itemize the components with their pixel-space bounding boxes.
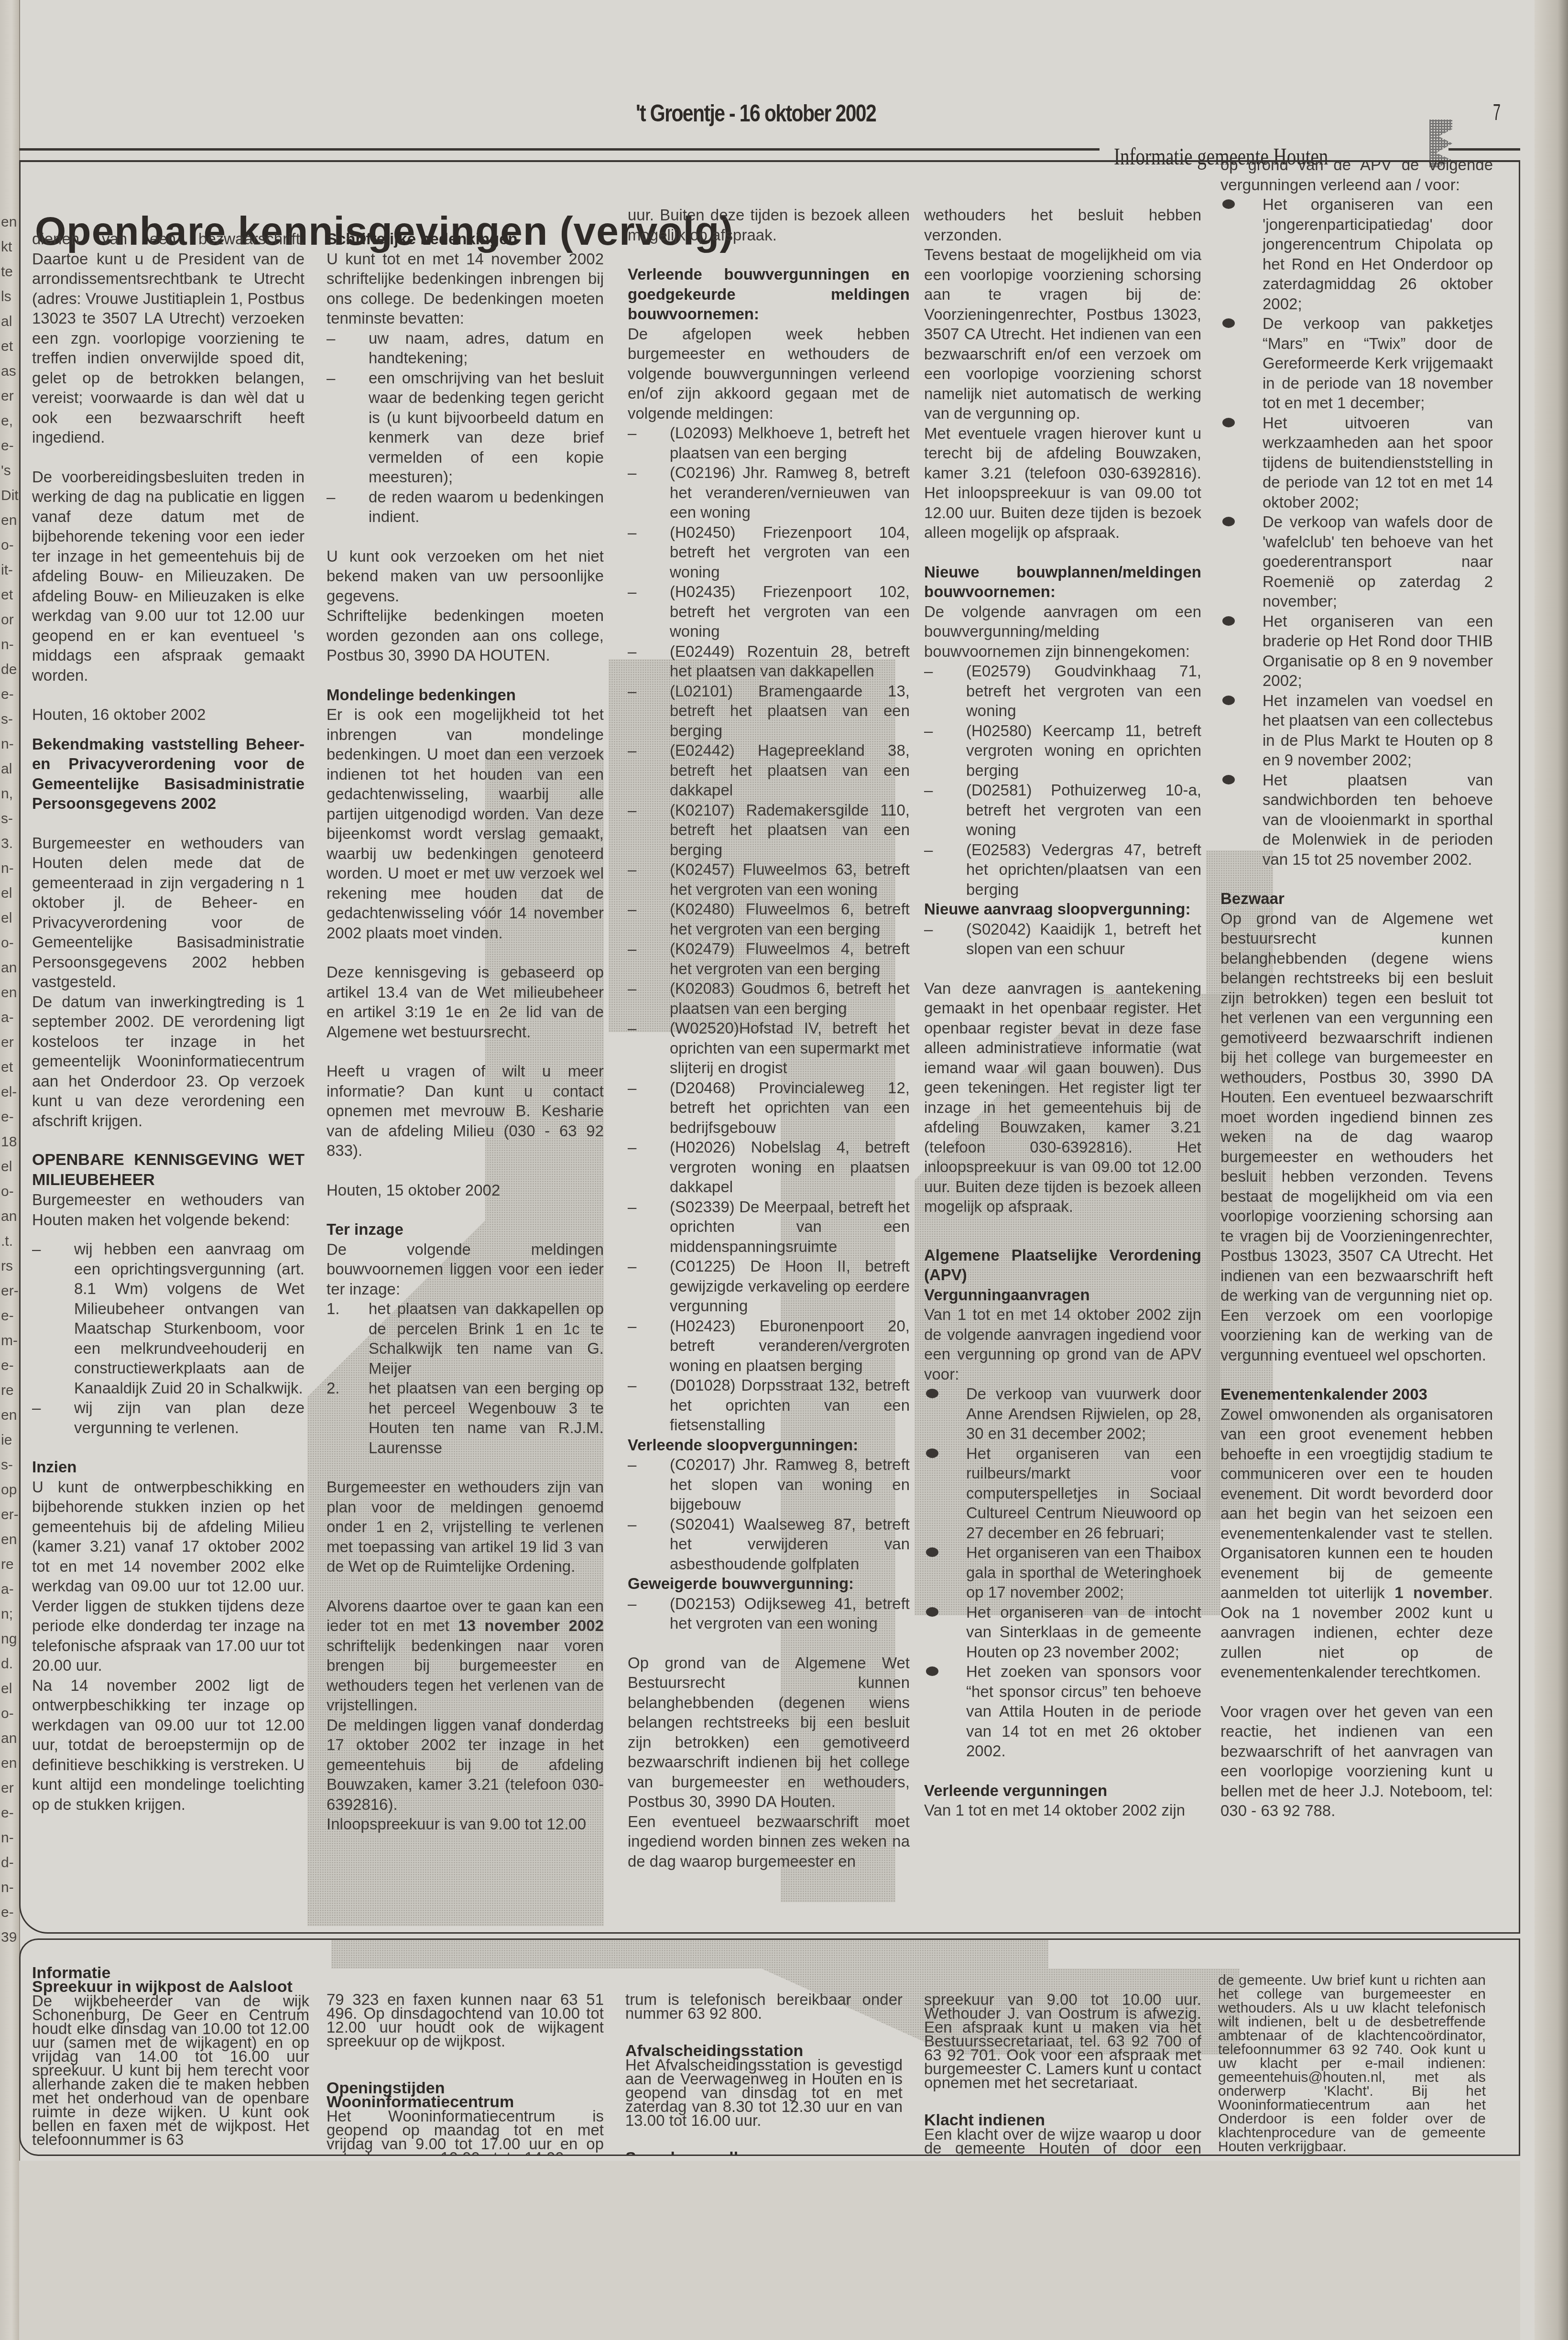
section-subheading: Vergunningaanvragen [924,1285,1201,1305]
paragraph: Schriftelijke bedenkingen moeten worden … [327,606,604,665]
deadline-date: 13 november 2002 [458,1617,604,1634]
previous-page-edge: enkttelsaletasere,e-'sDiteno-it-etorn-de… [0,0,20,2340]
gutter-text-fragment: e- [1,1309,14,1323]
watermark-logo [331,1940,1048,1969]
paragraph: Inloopspreekuur is van 9.00 tot 12.00 [327,1814,604,1834]
gutter-text-fragment: 18 [1,1135,17,1149]
paragraph: Heeft u vragen of wilt u meer informatie… [327,1061,604,1161]
permit-item: (H02026) Nobelslag 4, betreft vergroten … [628,1137,910,1197]
gutter-text-fragment: rs [1,1259,13,1273]
gutter-text-fragment: el [1,911,12,925]
gutter-text-fragment: an [1,1209,17,1224]
gutter-text-fragment: e- [1,439,14,453]
list-item: Het organiseren van een ruilbeurs/markt … [924,1444,1201,1543]
list-item: Het inzamelen van voedsel en het plaatse… [1220,691,1493,770]
section-heading: Nieuwe aanvraag sloopvergunning: [924,899,1201,919]
gutter-text-fragment: 39 [1,1930,17,1945]
permit-item: (E02579) Goudvinkhaag 71, betreft het ve… [924,661,1201,721]
gutter-text-fragment: 3. [1,837,13,851]
gutter-text-fragment: en [1,215,17,229]
paragraph: De volgende aanvragen om een bouwvergunn… [924,602,1201,662]
section-heading: Inzien [32,1457,305,1477]
info-column-1: Informatie Spreekuur in wijkpost de Aals… [32,1966,309,2146]
paragraph: De afgelopen week hebben burgemeester en… [628,324,910,424]
paragraph: Op grond van de Algemene Wet Bestuursrec… [628,1653,910,1812]
page-edge-shadow [1535,0,1568,2340]
gutter-text-fragment: n; [1,1607,13,1622]
bullet-icon [1222,616,1235,626]
paragraph: De volgende meldingen bouwvoornemen ligg… [327,1240,604,1299]
gutter-text-fragment: n, [1,787,13,801]
gutter-text-fragment: kt [1,240,12,254]
permit-item: (L02093) Melkhoeve 1, betreft het plaats… [628,423,910,463]
paragraph: Deze kennisgeving is gebaseerd op artike… [327,962,604,1042]
gutter-text-fragment: a- [1,1011,14,1025]
gutter-text-fragment: e- [1,1359,14,1373]
paragraph: Op grond van de Algemene wet bestuursrec… [1220,909,1493,1365]
paragraph: Voor vragen over het geven van een react… [1220,1702,1493,1821]
bullet-icon [926,1666,938,1676]
date-line: Houten, 15 oktober 2002 [327,1180,604,1200]
section-heading: Openingstijden Wooninformatiecentrum [327,2081,604,2109]
list-item: uw naam, adres, datum en handtekening; [327,328,604,368]
gutter-text-fragment: er- [1,1508,19,1522]
permit-item: (S02339) De Meerpaal, betreft het oprich… [628,1197,910,1257]
gutter-text-fragment: e- [1,1110,14,1124]
permit-item: (E02583) Vedergras 47, betreft het opric… [924,840,1201,900]
permit-item: (E02449) Rozentuin 28, betreft het plaat… [628,642,910,681]
info-column-4: spreekuur van 9.00 tot 10.00 uur. Wethou… [924,1992,1201,2156]
permit-item: (W02520)Hofstad IV, betreft het oprichte… [628,1018,910,1078]
permit-item: (K02479) Fluweelmos 4, betreft het vergr… [628,939,910,979]
gutter-text-fragment: a- [1,1582,14,1597]
permit-item: (S02042) Kaaidijk 1, betreft het slopen … [924,919,1201,959]
column-2: Schriftelijke bedenkingen U kunt tot en … [327,229,604,1834]
section-heading: Nieuwe bouwplannen/meldingen bouwvoornem… [924,562,1201,602]
gutter-text-fragment: o- [1,1185,14,1199]
permit-item: (H02435) Friezenpoort 102, betreft het v… [628,582,910,642]
gutter-text-fragment: re [1,1383,14,1398]
paragraph: trum is telefonisch bereikbaar onder num… [625,1992,903,2020]
permit-list: (D02153) Odijkseweg 41, betreft het verg… [628,1594,910,1633]
section-heading: Verleende sloopvergunningen: [628,1435,910,1455]
permit-item: (K02107) Rademakersgilde 110, betreft he… [628,800,910,860]
section-heading: Geweigerde bouwvergunning: [628,1574,910,1594]
permit-item: (C01225) De Hoon II, betreft gewijzigde … [628,1256,910,1316]
paragraph: 79 323 en faxen kunnen naar 63 51 496. O… [327,1992,604,2048]
paragraph: Een klacht over de wijze waarop u door d… [924,2127,1201,2156]
bullet-list: Het organiseren van een 'jongerenpartici… [1220,195,1493,869]
gutter-text-fragment: er [1,389,14,403]
gutter-text-fragment: er [1,1035,14,1050]
info-column-2: 79 323 en faxen kunnen naar 63 51 496. O… [327,1992,604,2156]
masthead-rule [1448,148,1520,151]
permit-item: (C02017) Jhr. Ramweg 8, betreft het slop… [628,1455,910,1514]
numbered-list: 1.het plaatsen van dakkapellen op de per… [327,1299,604,1458]
list-item: De verkoop van vuurwerk door Anne Arends… [924,1384,1201,1444]
paragraph: spreekuur van 9.00 tot 10.00 uur. Wethou… [924,1992,1201,2090]
paragraph: Na 14 november 2002 ligt de ontwerpbesch… [32,1676,305,1815]
paragraph: op grond van de APV de volgende vergunni… [1220,160,1493,195]
masthead-rule [19,148,1100,151]
list-item: Het organiseren van de intocht van Sinte… [924,1602,1201,1662]
permit-item: (L02101) Bramengaarde 13, betreft het pl… [628,681,910,741]
paragraph: De voorbereidingsbesluiten treden in wer… [32,467,305,686]
section-heading: Spreekuur college [625,2151,903,2156]
permit-item: (E02442) Hagepreekland 38, betreft het p… [628,740,910,800]
gutter-text-fragment: el [1,886,12,901]
section-heading: Bezwaar [1220,889,1493,909]
gutter-text-fragment: o- [1,1707,14,1721]
column-5: op grond van de APV de volgende vergunni… [1220,160,1493,1840]
gutter-text-fragment: an [1,961,17,975]
permit-item: (K02480) Fluweelmos 6, betreft het vergr… [628,899,910,939]
section-heading: Ter inzage [327,1219,604,1240]
list-item: De verkoop van pakketjes “Mars” en “Twix… [1220,314,1493,413]
paragraph: Zowel omwonenden als organisatoren van e… [1220,1404,1493,1682]
gutter-text-fragment: n- [1,1881,14,1895]
gutter-text-fragment: as [1,364,16,379]
gutter-text-fragment: er- [1,1284,19,1298]
section-heading: Evenementenkalender 2003 [1220,1384,1493,1404]
gutter-text-fragment: .t. [1,1234,13,1249]
notices-box: Openbare kennisgevingen (vervolg) dienen… [19,160,1520,1934]
bullet-icon [1222,517,1235,526]
paragraph: U kunt de ontwerpbeschikking en bijbehor… [32,1477,305,1676]
paragraph: Burgemeester en wethouders zijn van plan… [327,1477,604,1577]
paragraph: wethouders het besluit hebben verzonden. [924,205,1201,245]
gutter-text-fragment: d- [1,1856,14,1870]
permit-list: (E02579) Goudvinkhaag 71, betreft het ve… [924,661,1201,899]
gutter-text-fragment: al [1,315,12,329]
list-item: 1.het plaatsen van dakkapellen op de per… [327,1299,604,1378]
gutter-text-fragment: s- [1,712,13,727]
paragraph: Het Wooninformatiecentrum is geopend op … [327,2109,604,2156]
dash-list: uw naam, adres, datum en handtekening; e… [327,328,604,527]
gutter-text-fragment: te [1,265,13,279]
paragraph: U kunt tot en met 14 november 2002 schri… [327,249,604,328]
deadline-date: 1 november [1394,1584,1489,1601]
gutter-text-fragment: m- [1,1334,18,1348]
list-item: wij hebben een aanvraag om een oprichtin… [32,1239,305,1398]
paragraph: Het Afvalscheidingsstation is gevestigd … [625,2058,903,2127]
list-item: 2.het plaatsen van een berging op het pe… [327,1378,604,1458]
paragraph: uur. Buiten deze tijden is bezoek alleen… [628,205,910,245]
gutter-text-fragment: ng [1,1632,17,1646]
paragraph: Burgemeester en wethouders van Houten ma… [32,1190,305,1230]
gutter-text-fragment: et [1,339,13,354]
gutter-text-fragment: o- [1,538,14,553]
bullet-icon [1222,696,1235,705]
page-margin [19,2161,1520,2340]
permit-list: (L02093) Melkhoeve 1, betreft het plaats… [628,423,910,1435]
list-item: De verkoop van wafels door de 'wafelclub… [1220,512,1493,611]
permit-item: (S02041) Waalseweg 87, betreft het verwi… [628,1514,910,1574]
permit-item: (H02423) Eburonenpoort 20, betreft veran… [628,1316,910,1376]
gutter-text-fragment: s- [1,812,13,826]
paragraph: Van 1 tot en met 14 oktober 2002 zijn [924,1800,1201,1820]
paragraph: Met eventuele vragen hierover kunt u ter… [924,424,1201,543]
list-item: Het uitvoeren van werkzaamheden aan het … [1220,413,1493,512]
permit-item: (D02581) Pothuizerweg 10-a, betreft het … [924,780,1201,840]
bullet-icon [1222,775,1235,784]
gutter-text-fragment: en [1,1756,17,1771]
gutter-text-fragment: de [1,663,17,677]
date-line: Houten, 16 oktober 2002 [32,705,305,725]
permit-item: (C02196) Jhr. Ramweg 8, betreft het vera… [628,463,910,522]
list-item: Het organiseren van een 'jongerenpartici… [1220,195,1493,314]
column-4: wethouders het besluit hebben verzonden.… [924,205,1201,1820]
list-item: wij zijn van plan deze vergunning te ver… [32,1398,305,1437]
gutter-text-fragment: s- [1,1458,13,1472]
paragraph: Een eventueel bezwaarschrift moet ingedi… [628,1812,910,1872]
gutter-text-fragment: Dit [1,489,19,503]
info-box: Informatie Spreekuur in wijkpost de Aals… [19,1938,1520,2156]
gutter-text-fragment: er [1,1781,14,1796]
permit-item: (D02153) Odijkseweg 41, betreft het verg… [628,1594,910,1633]
column-1: dienen van een bezwaarschrift. Daartoe k… [32,229,305,1834]
paragraph: Alvorens daartoe over te gaan kan een ie… [327,1596,604,1715]
permit-item: (K02083) Goudmos 6, betreft het plaatsen… [628,979,910,1018]
permit-list: (C02017) Jhr. Ramweg 8, betreft het slop… [628,1455,910,1574]
permit-item: (D20468) Provincialeweg 12, betreft het … [628,1078,910,1138]
permit-item: (K02457) Fluweelmos 63, betreft het verg… [628,860,910,899]
gutter-text-fragment: an [1,1731,17,1746]
bullet-icon [1222,199,1235,209]
section-heading: Bekendmaking vaststelling Beheer- en Pri… [32,734,305,814]
gutter-text-fragment: en [1,1533,17,1547]
paragraph: Van deze aanvragen is aantekening gemaak… [924,979,1201,1217]
bullet-icon [1222,318,1235,328]
list-item: Het organiseren van een Thaibox gala in … [924,1543,1201,1602]
gutter-text-fragment: or [1,613,14,627]
permit-item: (H02450) Friezenpoort 104, betreft het v… [628,522,910,582]
gutter-text-fragment: el- [1,1085,17,1099]
info-column-5: de gemeente. Uw brief kunt u richten aan… [1218,1973,1486,2154]
list-item: Het organiseren van een braderie op Het … [1220,611,1493,691]
bullet-icon [1222,418,1235,427]
section-heading: Verleende bouwvergunningen en goedgekeur… [628,264,910,324]
paragraph: U kunt ook verzoeken om het niet bekend … [327,546,604,606]
gutter-text-fragment: n- [1,861,14,876]
gutter-text-fragment: et [1,588,13,602]
section-heading: Schriftelijke bedenkingen [327,229,604,249]
gutter-text-fragment: 's [1,464,11,478]
masthead: 't Groentje - 16 oktober 2002 7 Informat… [19,91,1520,153]
section-heading: OPENBARE KENNISGEVING WET MILIEUBEHEER [32,1150,305,1190]
gutter-text-fragment: ie [1,1433,12,1448]
permit-item: (H02580) Keercamp 11, betreft vergroten … [924,721,1201,781]
permit-item: (D01028) Dorpsstraat 132, betreft het op… [628,1375,910,1435]
bullet-list: De verkoop van vuurwerk door Anne Arends… [924,1384,1201,1761]
bullet-icon [926,1607,938,1617]
gutter-text-fragment: op [1,1483,17,1497]
column-3: uur. Buiten deze tijden is bezoek alleen… [628,205,910,1871]
list-item: de reden waarom u bedenkingen indient. [327,487,604,527]
paragraph: de gemeente. Uw brief kunt u richten aan… [1218,1973,1486,2154]
gutter-text-fragment: en [1,1408,17,1423]
page-number: 7 [1493,99,1501,126]
paragraph: Er is ook een mogelijkheid tot het inbre… [327,705,604,943]
info-column-3: trum is telefonisch bereikbaar onder num… [625,1992,903,2156]
gutter-text-fragment: et [1,1060,13,1075]
gutter-text-fragment: it- [1,563,13,577]
gutter-text-fragment: el [1,1160,12,1174]
gutter-text-fragment: d. [1,1657,13,1671]
gutter-text-fragment: e- [1,1905,14,1920]
gutter-text-fragment: n- [1,638,14,652]
gutter-text-fragment: n- [1,1831,14,1845]
gutter-text-fragment: el [1,1682,12,1696]
bullet-icon [926,1448,938,1458]
dash-list: wij hebben een aanvraag om een oprichtin… [32,1239,305,1437]
newspaper-title: 't Groentje - 16 oktober 2002 [636,99,876,127]
gutter-text-fragment: al [1,762,12,776]
gutter-text-fragment: en [1,513,17,528]
paragraph: De datum van inwerkingtreding is 1 septe… [32,992,305,1131]
paragraph: De wijkbeheerder van de wijk Schonenburg… [32,1994,309,2146]
paragraph: Van 1 tot en met 14 oktober 2002 zijn de… [924,1305,1201,1384]
paragraph: Tevens bestaat de mogelijkheid om via ee… [924,245,1201,424]
paragraph: De meldingen liggen vanaf donderdag 17 o… [327,1715,604,1815]
list-item: een omschrijving van het besluit waar de… [327,368,604,487]
gutter-text-fragment: en [1,986,17,1000]
list-item: Het zoeken van sponsors voor “het sponso… [924,1662,1201,1761]
paragraph: Burgemeester en wethouders van Houten de… [32,833,305,992]
gutter-text-fragment: o- [1,936,14,950]
gutter-text-fragment: e, [1,414,13,428]
section-heading: Algemene Plaatselijke Verordening (APV) [924,1245,1201,1285]
bullet-icon [926,1389,938,1398]
list-item: Het plaatsen van sandwichborden ten beho… [1220,770,1493,870]
gutter-text-fragment: n- [1,737,14,751]
section-heading: Mondelinge bedenkingen [327,685,604,705]
gutter-text-fragment: ls [1,290,11,304]
gutter-text-fragment: re [1,1557,14,1572]
paragraph: dienen van een bezwaarschrift. Daartoe k… [32,229,305,447]
gutter-text-fragment: e- [1,687,14,702]
section-heading: Verleende vergunningen [924,1781,1201,1801]
permit-list: (S02042) Kaaidijk 1, betreft het slopen … [924,919,1201,959]
gutter-text-fragment: e- [1,1806,14,1820]
bullet-icon [926,1547,938,1557]
